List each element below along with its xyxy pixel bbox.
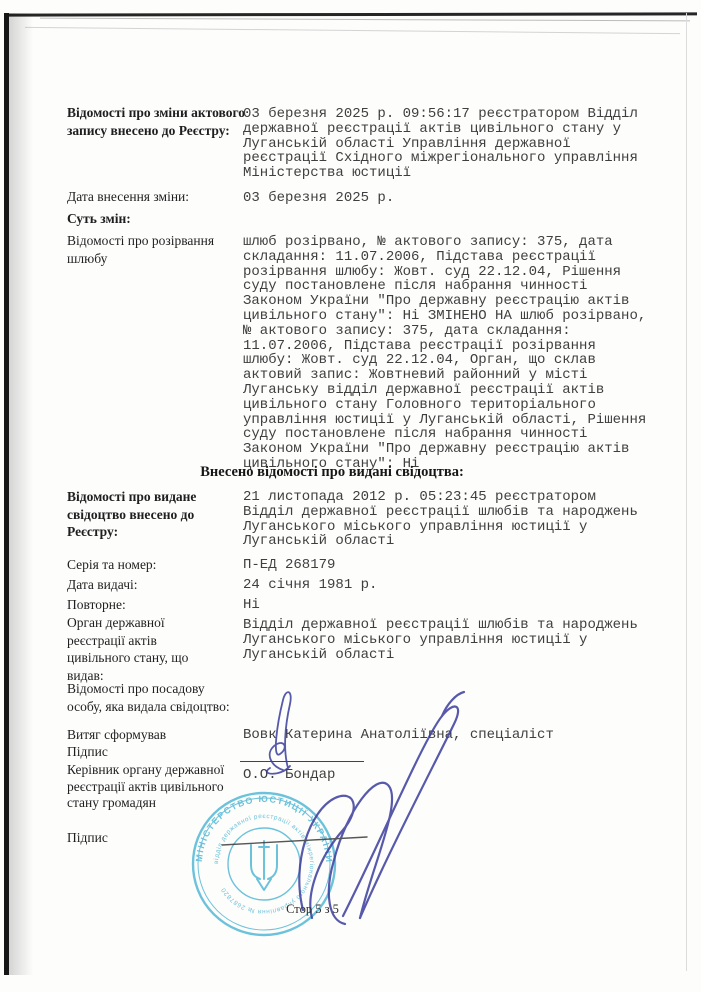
page-number-indicator: Стор 5 з 5 [250,902,375,917]
pen-strike-line [222,837,367,845]
head-signature [299,692,464,924]
handwritten-signatures [195,678,505,940]
field-label-issue-date: Дата видачі: [67,576,245,594]
field-label-essence-of-changes: Суть змін: [67,210,245,228]
field-label-issuing-authority: Орган державної реєстрації актів цивільн… [67,614,217,684]
scan-line-artifact [40,18,690,22]
scan-edge-right [686,13,687,971]
field-value-certificate-registry-entry: 21 листопада 2012 р. 05:23:45 реєстратор… [243,490,651,549]
field-label-repeat: Повторне: [67,596,245,614]
scan-edge-shadow [9,13,33,975]
field-value-change-date: 03 березня 2025 р. [243,191,651,206]
specialist-signature [267,692,291,774]
field-value-repeat: Ні [243,598,651,613]
field-label-change-registry-entry: Відомості про зміни актового запису внес… [67,104,252,139]
field-label-change-date: Дата внесення зміни: [67,188,245,206]
field-label-divorce-info: Відомості про розірвання шлюбу [67,232,245,267]
field-value-issue-date: 24 січня 1981 р. [243,578,651,593]
field-value-series-number: П-ЕД 268179 [243,558,651,573]
field-label-series-number: Серія та номер: [67,556,245,574]
scanned-registry-extract-page: Відомості про зміни актового запису внес… [0,0,701,992]
field-value-change-registry-entry: 03 березня 2025 р. 09:56:17 реєстратором… [243,107,651,181]
certificates-section-heading: Внесено відомості про видані свідоцтва: [67,464,597,481]
field-label-certificate-registry-entry: Відомості про видане свідоцтво внесено д… [67,488,232,541]
scan-line-artifact [25,27,680,34]
field-value-issuing-authority: Відділ державної реєстрації шлюбів та на… [243,618,651,662]
field-value-divorce-info: шлюб розірвано, № актового запису: 375, … [243,235,651,472]
scan-edge-top [4,12,697,16]
